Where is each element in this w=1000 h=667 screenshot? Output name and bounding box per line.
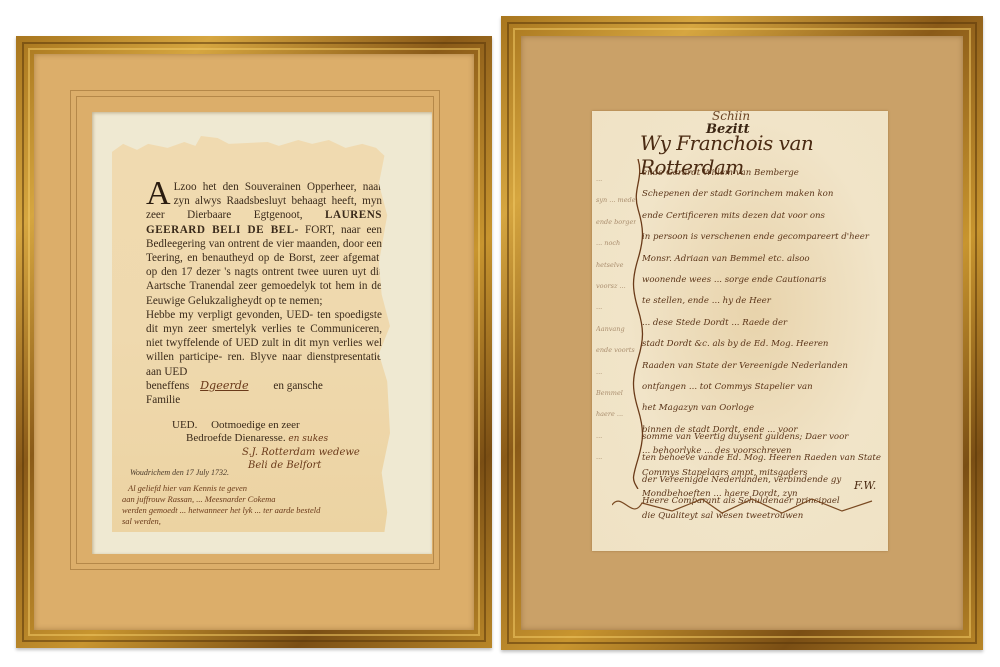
margin-note: Bemmel xyxy=(596,383,636,404)
manuscript-line: te stellen, ende ... hy de Heer xyxy=(642,291,886,312)
margin-note: ... xyxy=(596,169,636,190)
printed-notice-text: A Lzoo het den Souverainen Opperheer, na… xyxy=(146,180,382,407)
manuscript-line: het Magazyn van Oorloge xyxy=(642,398,886,419)
paraph-mark: F.W. xyxy=(854,479,876,492)
margin-note: voorsz ... xyxy=(596,276,636,297)
place-date: Woudrichem den 17 July 1732. xyxy=(130,468,229,477)
manuscript-line: stadt Dordt &c. als by de Ed. Mog. Heere… xyxy=(642,334,886,355)
postscript-line: sal werden, xyxy=(122,516,382,527)
closing-flourish xyxy=(612,491,882,521)
manuscript-line: ende Gerardt Willem van Bemberge xyxy=(642,163,886,184)
widow-signature: S.J. Rotterdam wedewe xyxy=(172,446,392,459)
manuscript-line: ten behoeve vande Ed. Mog. Heeren Raeden… xyxy=(642,448,886,469)
postscript-line: werden gemoedt ... hetwanneer het lyk ..… xyxy=(122,505,382,516)
margin-note: ... noch xyxy=(596,233,636,254)
margin-note: haere ... xyxy=(596,404,636,425)
handwritten-insert: Dgeerde xyxy=(192,379,271,392)
notice-line: Familie xyxy=(146,394,180,406)
margin-note: ende voorts xyxy=(596,340,636,361)
closing-handwritten: en sukes xyxy=(288,434,328,444)
manuscript-line: ende Certificeren mits dezen dat voor on… xyxy=(642,206,886,227)
notice-line: den 17 dezer 's nagts ontrent twee uuren… xyxy=(161,266,366,278)
notice-line: Lzoo het den Souverainen Opperheer, xyxy=(174,181,357,193)
closing-printed-line: Bedroefde Dienaresse. xyxy=(186,432,286,444)
handwritten-postscript: Al geliefd hier van Kennis te geven aan … xyxy=(122,483,382,527)
margin-note: Aanvang xyxy=(596,319,636,340)
margin-note: syn ... mede xyxy=(596,190,636,211)
dropcap-letter: A xyxy=(146,180,174,208)
manuscript-line: woonende wees ... sorge ende Cautionaris xyxy=(642,270,886,291)
manuscript-line: Raaden van State der Vereenigde Nederlan… xyxy=(642,356,886,377)
manuscript-line: Monsr. Adriaan van Bemmel etc. alsoo xyxy=(642,249,886,270)
closing-block: UED. Ootmoedige en zeer Bedroefde Dienar… xyxy=(172,419,392,472)
margin-note: ... xyxy=(596,362,636,383)
margin-note: ... xyxy=(596,297,636,318)
margin-notes: ... syn ... mede ende borgen ... ... noc… xyxy=(596,169,636,469)
postscript-line: Al geliefd hier van Kennis te geven xyxy=(122,483,382,494)
manuscript-line: somme van Veertig duysent guldens; Daer … xyxy=(642,427,886,448)
closing-printed-line: UED. Ootmoedige en zeer xyxy=(172,419,392,432)
manuscript-line: ... dese Stede Dordt ... Raede der xyxy=(642,313,886,334)
notice-line: nemen; xyxy=(290,295,323,307)
notice-line: beneffens xyxy=(146,380,189,392)
left-document-paper: A Lzoo het den Souverainen Opperheer, na… xyxy=(112,136,390,532)
margin-note: hetselve xyxy=(596,255,636,276)
notice-line: en gansche xyxy=(273,380,322,392)
manuscript-line: in persoon is verschenen ende gecomparee… xyxy=(642,227,886,248)
manuscript-line: der Vereenigde Nederlanden, verbindende … xyxy=(642,470,886,491)
top-annotation: Schiin xyxy=(712,109,750,123)
manuscript-line: ontfangen ... tot Commys Stapelier van xyxy=(642,377,886,398)
margin-note: ... xyxy=(596,426,636,447)
margin-note: ende borgen ... xyxy=(596,212,636,233)
manuscript-line: Schepenen der stadt Gorinchem maken kon xyxy=(642,184,886,205)
notice-line: Hebbe my verpligt gevonden, UED- xyxy=(146,309,313,321)
right-document-paper: Schiin Bezitt Wy Franchois van Rotterdam… xyxy=(592,111,888,551)
postscript-line: aan juffrouw Rassan, ... Meesnarder Coke… xyxy=(122,494,382,505)
margin-note: ... xyxy=(596,447,636,468)
